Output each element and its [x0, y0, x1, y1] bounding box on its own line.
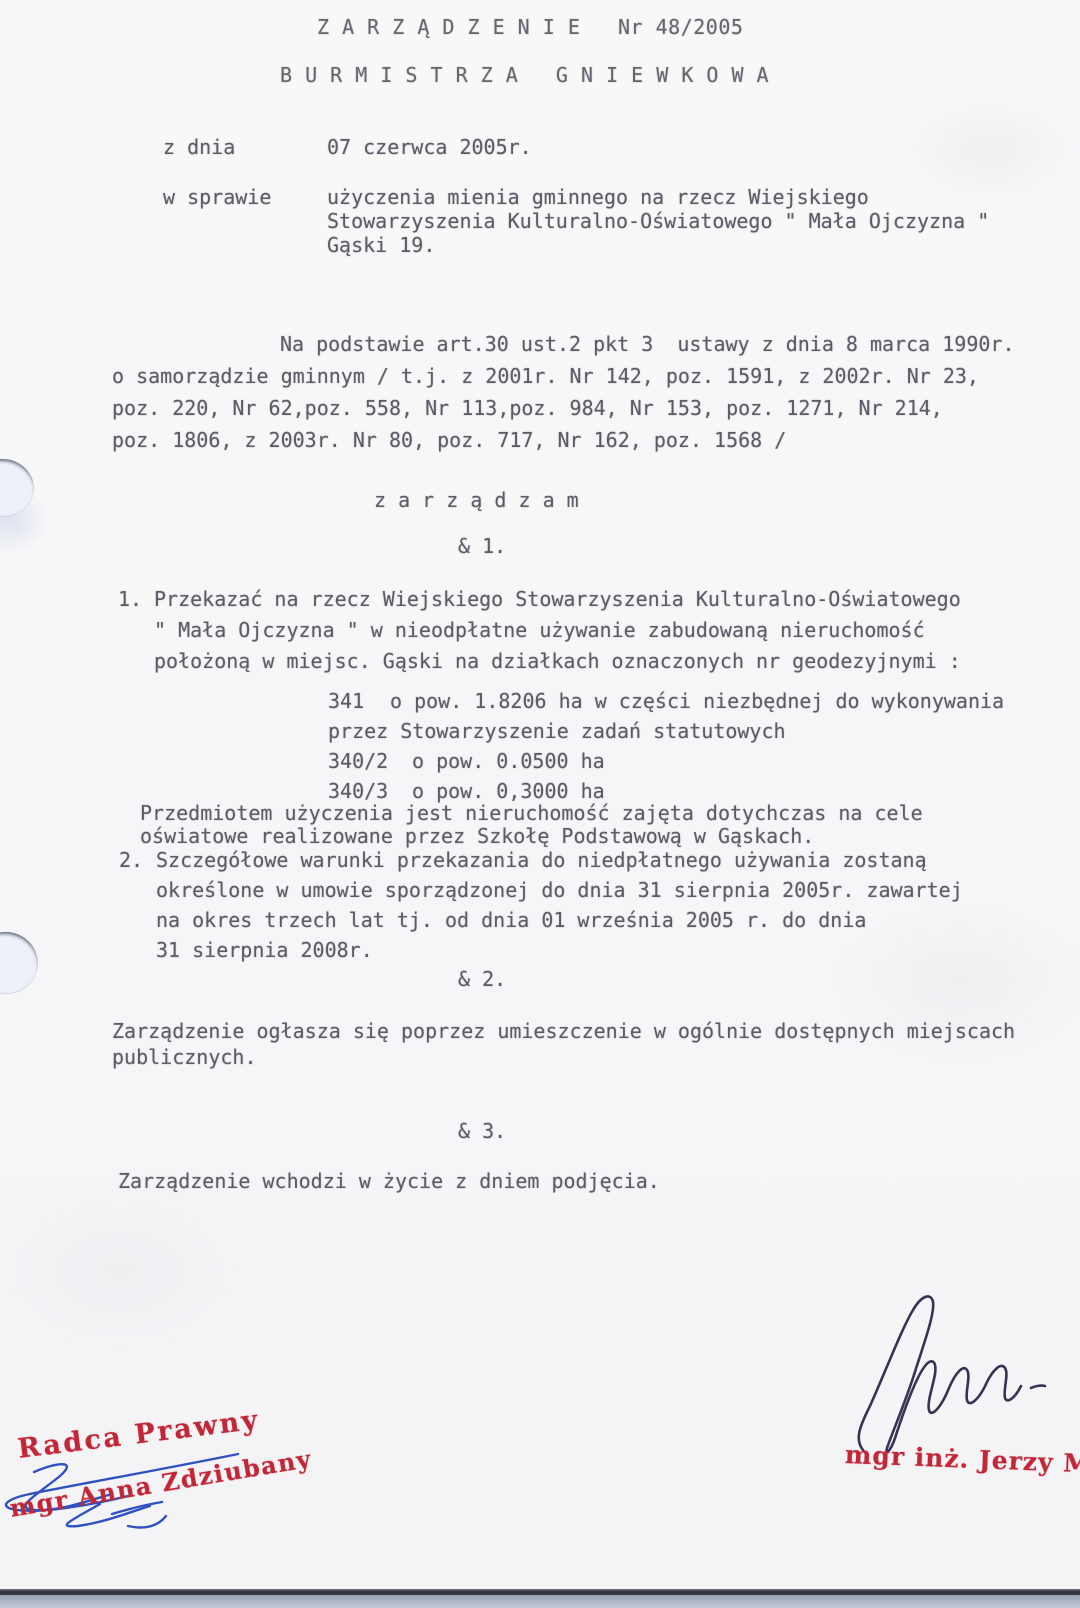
ordain-word: z a r z ą d z a m [374, 487, 579, 513]
item2-marker: 2. [119, 847, 143, 873]
parcel-number: 341 [328, 688, 364, 714]
parcel-cont: przez Stowarzyszenie zadań statutowych [328, 718, 786, 744]
item1-note-line: oświatowe realizowane przez Szkołę Podst… [140, 823, 814, 849]
subject-line: użyczenia mienia gminnego na rzecz Wiejs… [327, 184, 869, 210]
section-heading: & 3. [458, 1118, 506, 1144]
item1-marker: 1. [118, 586, 142, 612]
subject-label: w sprawie [163, 184, 271, 210]
section-heading: & 2. [458, 966, 506, 992]
parcel-area: o pow. 1.8206 ha w części niezbędnej do … [390, 688, 1004, 714]
legal-basis-line: poz. 220, Nr 62,poz. 558, Nr 113,poz. 98… [112, 395, 943, 421]
subject-line: Gąski 19. [327, 232, 435, 258]
scan-background-strip [0, 1595, 1080, 1608]
document-subtitle: B U R M I S T R Z A G N I E W K O W A [280, 62, 769, 88]
subject-line: Stowarzyszenia Kulturalno-Oświatowego " … [327, 208, 989, 234]
legal-basis-line: poz. 1806, z 2003r. Nr 80, poz. 717, Nr … [112, 427, 786, 453]
effective-date-line: Zarządzenie wchodzi w życie z dniem podj… [118, 1168, 660, 1194]
section-heading: & 1. [458, 533, 506, 559]
legal-basis-line: o samorządzie gminnym / t.j. z 2001r. Nr… [112, 363, 979, 389]
legal-basis-line: Na podstawie art.30 ust.2 pkt 3 ustawy z… [280, 331, 1015, 357]
item2-line: na okres trzech lat tj. od dnia 01 wrześ… [156, 907, 866, 933]
parcel-area: o pow. 0.0500 ha [412, 748, 605, 774]
item1-line: Przekazać na rzecz Wiejskiego Stowarzysz… [154, 586, 961, 612]
scanned-document-page: Z A R Z Ą D Z E N I E Nr 48/2005 B U R M… [0, 0, 1080, 1608]
punch-hole-icon [0, 455, 38, 521]
item1-line: " Mała Ojczyzna " w nieodpłatne używanie… [154, 617, 925, 643]
date-label: z dnia [163, 134, 235, 160]
parcel-number: 340/2 [328, 748, 388, 774]
item1-line: położoną w miejsc. Gąski na działkach oz… [154, 648, 961, 674]
item2-line: Szczegółowe warunki przekazania do niedp… [156, 847, 927, 873]
mayor-signature [835, 1290, 1055, 1458]
item2-line: określone w umowie sporządzonej do dnia … [156, 877, 963, 903]
document-title: Z A R Z Ą D Z E N I E Nr 48/2005 [317, 14, 743, 40]
item2-line: 31 sierpnia 2008r. [156, 937, 373, 963]
punch-hole-icon [0, 925, 45, 1001]
announcement-line: Zarządzenie ogłasza się poprzez umieszcz… [112, 1018, 1015, 1044]
date-value: 07 czerwca 2005r. [327, 134, 532, 160]
announcement-line: publicznych. [112, 1044, 257, 1070]
